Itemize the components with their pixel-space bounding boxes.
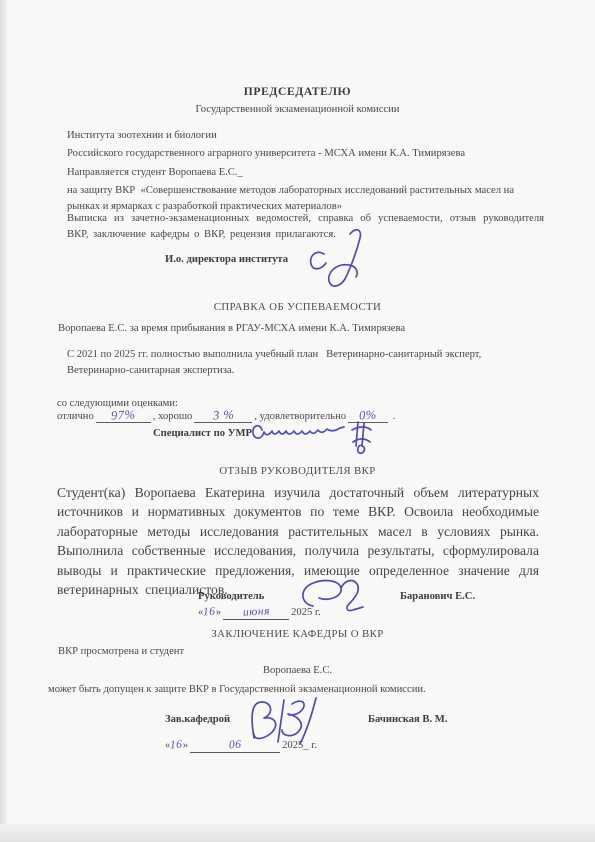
scanned-document-page: ПРЕДСЕДАТЕЛЮ Государственной экзаменацио… [0, 0, 595, 842]
grade-good-label: , хорошо [153, 411, 193, 422]
reviewed-line: ВКР просмотрена и студент [58, 644, 184, 660]
dept-month-blank: 06 [190, 739, 280, 753]
grade-excellent-label: отлично [57, 411, 94, 422]
conclusion-title: ЗАКЛЮЧЕНИЕ КАФЕДРЫ О ВКР [0, 627, 595, 643]
thesis-title-line: на защиту ВКР «Совершенствование методов… [67, 183, 545, 214]
addressee-subtitle: Государственной экзаменационной комиссии [0, 102, 595, 118]
dept-date-month: 06 [229, 739, 242, 752]
dept-date-close-quote: » [183, 740, 188, 751]
date-close-quote: » [216, 607, 221, 618]
admitted-line: может быть допущен к защите ВКР в Госуда… [48, 682, 426, 698]
dept-head-label: Зав.кафедрой [165, 712, 230, 728]
grade-excellent-value: 97% [111, 408, 136, 421]
institute-line: Института зоотехнии и биологии [67, 128, 217, 144]
page-left-edge [0, 0, 7, 842]
grade-good-value: 3 % [212, 408, 234, 421]
certificate-title: СПРАВКА ОБ УСПЕВАЕМОСТИ [0, 300, 595, 316]
dept-date-day: 16 [170, 738, 183, 754]
dept-date-year: 2025_ г. [282, 740, 317, 751]
grades-end: . [390, 411, 395, 422]
dept-date-line: «16»062025_ г. [165, 738, 317, 754]
supervisor-date-year: 2025 г. [291, 607, 321, 618]
umr-specialist-title: Специалист по УМР [153, 426, 252, 442]
page-bottom-edge [0, 824, 595, 842]
addressee-title: ПРЕДСЕДАТЕЛЮ [0, 84, 595, 100]
supervisor-date-month: июня [242, 605, 270, 618]
review-title: ОТЗЫВ РУКОВОДИТЕЛЯ ВКР [0, 464, 595, 480]
umr-specialist-signature [248, 418, 348, 450]
study-plan-line: С 2021 по 2025 гг. полностью выполнила у… [67, 347, 545, 378]
grade-good-blank: 3 % [194, 409, 252, 423]
grade-excellent-blank: 97% [96, 409, 151, 423]
supervisor-date-day: 16 [203, 605, 216, 621]
supervisor-label: Руководитель [198, 589, 264, 605]
umr-signature-flourish [347, 418, 375, 458]
dept-head-name: Бачинская В. М. [368, 712, 447, 728]
supervisor-date-line: «16»июня2025 г. [198, 605, 321, 621]
director-title: И.о. директора института [165, 252, 288, 268]
conclusion-student-name: Воропаева Е.С. [0, 663, 595, 679]
supervisor-name: Баранович Е.С. [400, 589, 475, 605]
director-signature [300, 222, 385, 297]
university-line: Российского государственного аграрного у… [67, 146, 465, 162]
supervisor-month-blank: июня [223, 606, 289, 620]
student-referral-line: Направляется студент Воропаева Е.С._ [67, 165, 243, 181]
certificate-student-line: Воропаева Е.С. за время прибывания в РГА… [58, 321, 405, 337]
